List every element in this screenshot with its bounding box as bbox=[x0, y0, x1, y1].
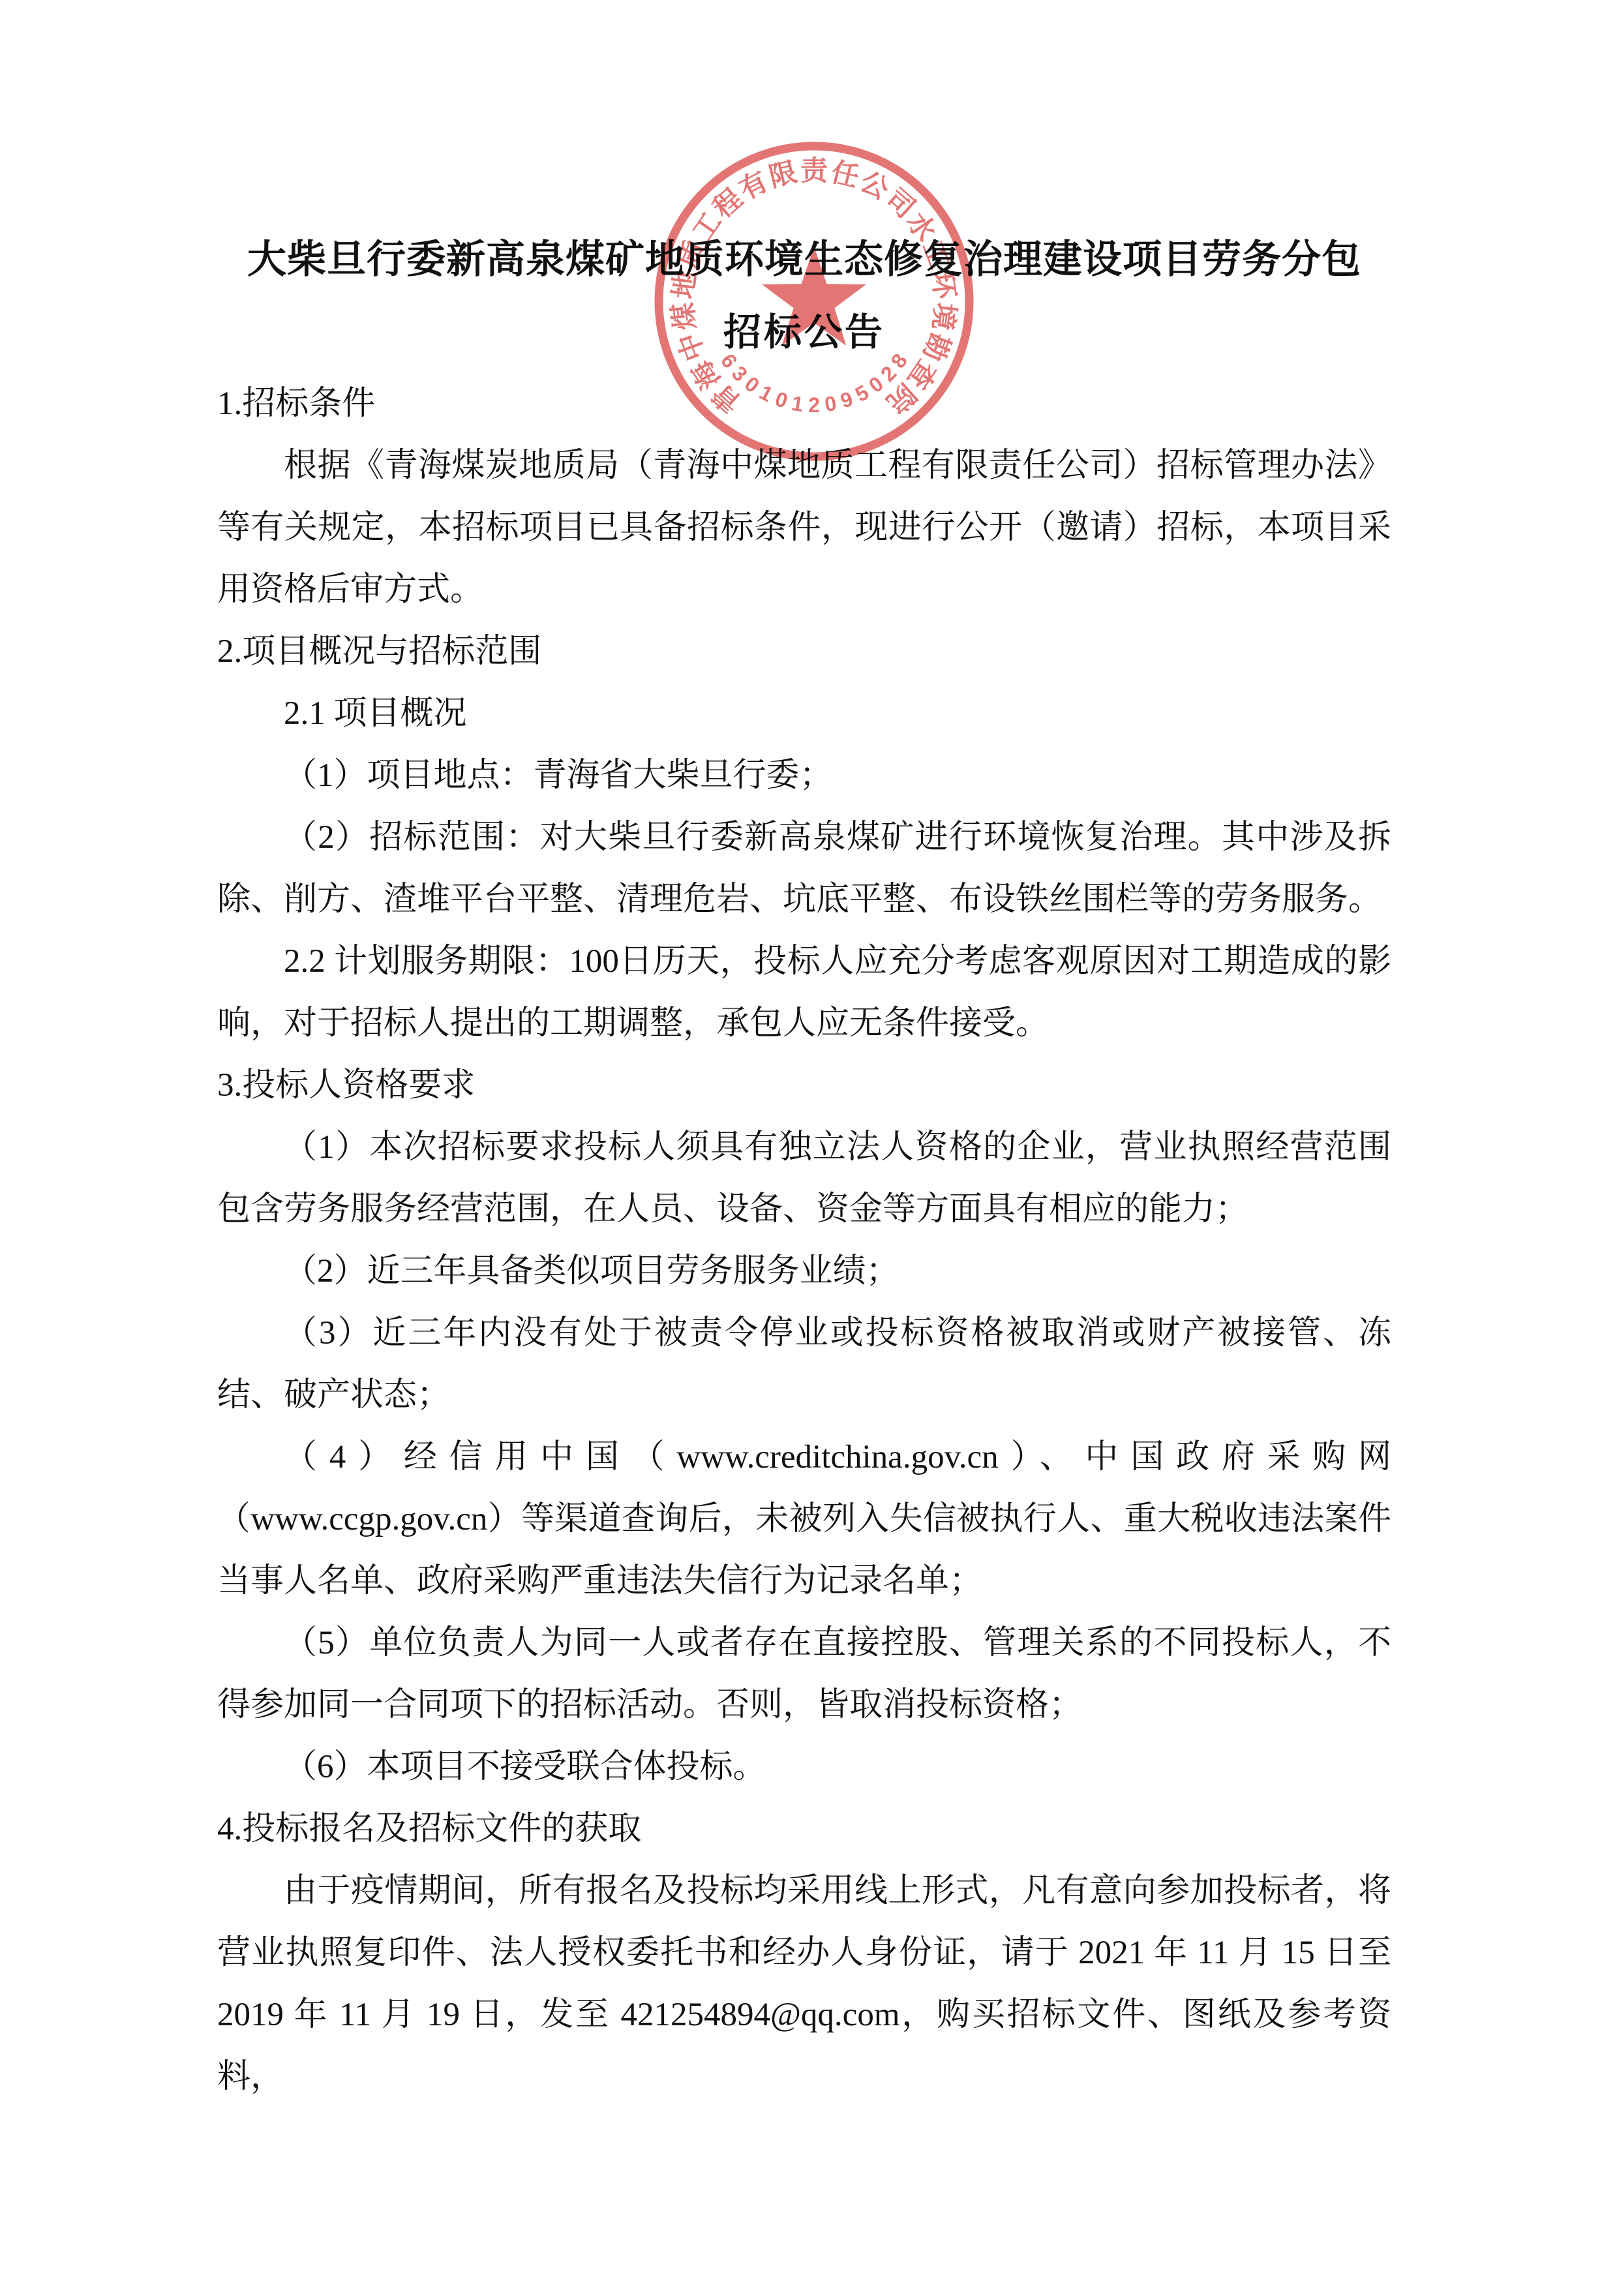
document-content: 大柴旦行委新高泉煤矿地质环境生态修复治理建设项目劳务分包 招标公告 1.招标条件… bbox=[217, 230, 1391, 2108]
svg-text:任: 任 bbox=[828, 156, 862, 192]
paragraph-qualification-4: （4）经信用中国（www.creditchina.gov.cn）、中国政府采购网… bbox=[217, 1427, 1391, 1612]
paragraph-qualification-1: （1）本次招标要求投标人须具有独立法人资格的企业，营业执照经营范围包含劳务服务经… bbox=[217, 1117, 1391, 1241]
section-heading-registration: 4.投标报名及招标文件的获取 bbox=[217, 1798, 1391, 1860]
document-page: 大柴旦行委新高泉煤矿地质环境生态修复治理建设项目劳务分包 招标公告 1.招标条件… bbox=[0, 0, 1602, 2296]
paragraph-bid-conditions: 根据《青海煤炭地质局（青海中煤地质工程有限责任公司）招标管理办法》等有关规定，本… bbox=[217, 435, 1391, 621]
paragraph-service-period: 2.2 计划服务期限：100日历天，投标人应充分考虑客观原因对工期造成的影响，对… bbox=[217, 931, 1391, 1055]
svg-text:责: 责 bbox=[800, 155, 829, 186]
document-subtitle: 招标公告 bbox=[217, 303, 1391, 363]
svg-text:司: 司 bbox=[880, 183, 921, 224]
document-title: 大柴旦行委新高泉煤矿地质环境生态修复治理建设项目劳务分包 bbox=[217, 230, 1391, 290]
svg-text:有: 有 bbox=[734, 166, 773, 205]
section-heading-bidder-qualifications: 3.投标人资格要求 bbox=[217, 1055, 1391, 1117]
svg-text:限: 限 bbox=[766, 156, 800, 192]
paragraph-qualification-3: （3）近三年内没有处于被责令停业或投标资格被取消或财产被接管、冻结、破产状态； bbox=[217, 1303, 1391, 1427]
paragraph-qualification-6: （6）本项目不接受联合体投标。 bbox=[217, 1736, 1391, 1798]
section-heading-bid-conditions: 1.招标条件 bbox=[217, 373, 1391, 435]
paragraph-bid-scope: （2）招标范围：对大柴旦行委新高泉煤矿进行环境恢复治理。其中涉及拆除、削方、渣堆… bbox=[217, 807, 1391, 931]
subheading-project-overview: 2.1 项目概况 bbox=[217, 683, 1391, 745]
document-body: 1.招标条件 根据《青海煤炭地质局（青海中煤地质工程有限责任公司）招标管理办法》… bbox=[217, 373, 1391, 2108]
svg-text:公: 公 bbox=[855, 166, 894, 205]
paragraph-project-location: （1）项目地点：青海省大柴旦行委； bbox=[217, 745, 1391, 807]
paragraph-registration: 由于疫情期间，所有报名及投标均采用线上形式，凡有意向参加投标者，将营业执照复印件… bbox=[217, 1860, 1391, 2108]
section-heading-project-scope: 2.项目概况与招标范围 bbox=[217, 621, 1391, 683]
svg-text:程: 程 bbox=[707, 183, 748, 224]
paragraph-qualification-2: （2）近三年具备类似项目劳务服务业绩； bbox=[217, 1241, 1391, 1303]
paragraph-qualification-5: （5）单位负责人为同一人或者存在直接控股、管理关系的不同投标人，不得参加同一合同… bbox=[217, 1612, 1391, 1736]
